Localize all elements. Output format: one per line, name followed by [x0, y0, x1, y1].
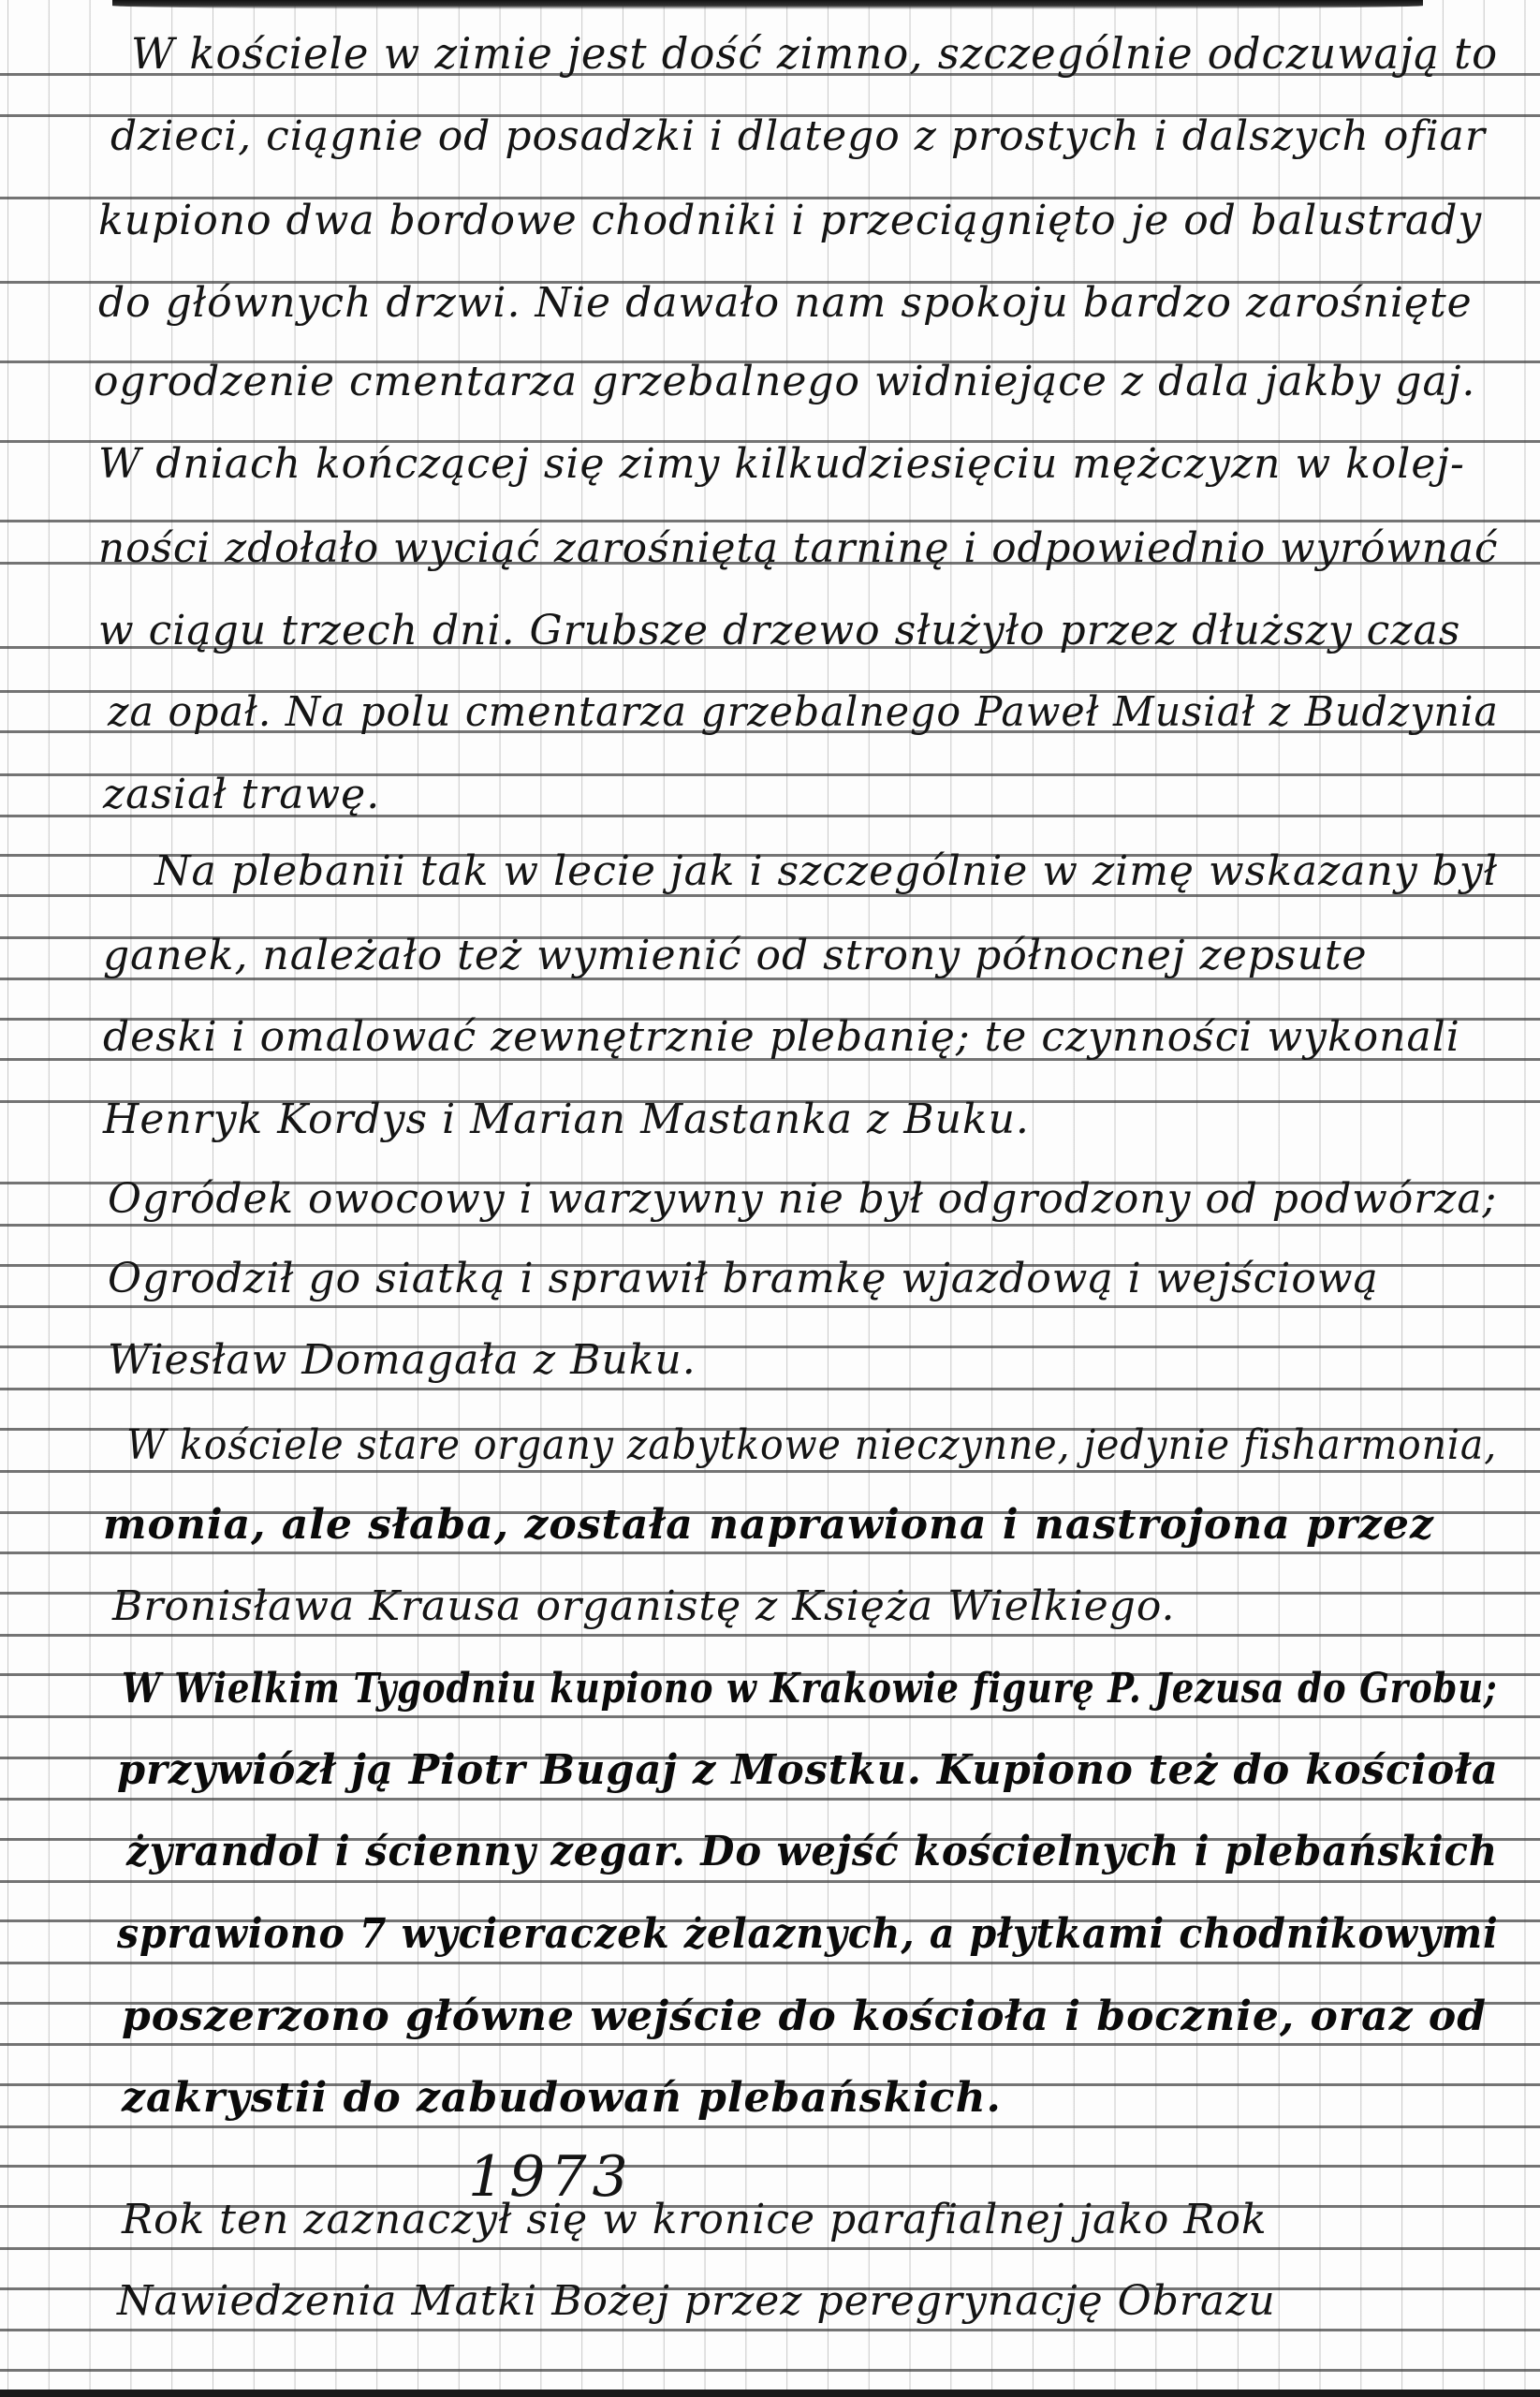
grid-rule: [0, 1551, 1540, 1554]
scan-bottom-edge: [0, 2390, 1540, 2397]
text-line: poszerzono główne wejście do kościoła i …: [122, 1993, 1487, 2040]
text-line: W kościele stare organy zabytkowe nieczy…: [126, 1421, 1497, 1469]
grid-rule: [0, 2329, 1540, 2331]
text-line: Nawiedzenia Matki Bożej przez peregrynac…: [117, 2277, 1276, 2325]
text-line: w ciągu trzech dni. Grubsze drzewo służy…: [98, 607, 1460, 654]
grid-rule: [0, 2369, 1540, 2372]
grid-rule: [0, 2125, 1540, 2128]
text-line: Ogrodził go siatką i sprawił bramkę wjaz…: [108, 1255, 1379, 1302]
text-line: Na plebanii tak w lecie jak i szczególni…: [154, 847, 1498, 895]
text-line: Rok ten zaznaczył się w kronice parafial…: [122, 2196, 1268, 2243]
text-line: W Wielkim Tygodniu kupiono w Krakowie fi…: [122, 1665, 1498, 1713]
text-line: zasiał trawę.: [103, 771, 380, 818]
text-line: Wiesław Domagała z Buku.: [108, 1336, 697, 1384]
text-line: żyrandol i ścienny zegar. Do wejść kości…: [126, 1828, 1498, 1875]
notebook-page: W kościele w zimie jest dość zimno, szcz…: [0, 0, 1540, 2397]
text-line: monia, ale słaba, została naprawiona i n…: [103, 1501, 1434, 1549]
text-line: przywiózł ją Piotr Bugaj z Mostku. Kupio…: [117, 1746, 1499, 1794]
scan-top-edge: [112, 0, 1423, 9]
text-line: kupiono dwa bordowe chodniki i przeciągn…: [98, 197, 1482, 244]
text-line: W dniach kończącej się zimy kilkudziesię…: [98, 440, 1465, 488]
text-line: Bronisława Krausa organistę z Księża Wie…: [112, 1582, 1176, 1630]
text-line: Ogródek owocowy i warzywny nie był odgro…: [108, 1175, 1497, 1223]
grid-rule: [0, 1880, 1540, 1883]
grid-rule: [0, 1305, 1540, 1308]
text-line: sprawiono 7 wycieraczek żelaznych, a pły…: [117, 1910, 1499, 1958]
grid-rule: [0, 520, 1540, 522]
grid-rule: [0, 2247, 1540, 2250]
grid-rule: [0, 1634, 1540, 1637]
text-line: Henryk Kordys i Marian Mastanka z Buku.: [103, 1096, 1030, 1143]
text-line: W kościele w zimie jest dość zimno, szcz…: [131, 28, 1498, 79]
grid-rule: [0, 2165, 1540, 2168]
grid-rule: [0, 1388, 1540, 1390]
text-line: ganek, należało też wymienić od strony p…: [103, 932, 1368, 979]
text-line: zakrystii do zabudowań plebańskich.: [122, 2074, 1002, 2122]
grid-rule: [0, 1470, 1540, 1473]
text-line: ogrodzenie cmentarza grzebalnego widniej…: [94, 358, 1475, 405]
text-line: deski i omalować zewnętrznie plebanię; t…: [103, 1013, 1460, 1061]
grid-rule: [0, 1798, 1540, 1801]
text-line: za opał. Na polu cmentarza grzebalnego P…: [108, 688, 1499, 736]
grid-rule: [0, 1224, 1540, 1227]
grid-rule: [0, 2043, 1540, 2046]
text-line: dzieci, ciągnie od posadzki i dlatego z …: [110, 112, 1486, 160]
grid-rule: [0, 1962, 1540, 1964]
text-line: ności zdołało wyciąć zarośniętą tarninę …: [98, 524, 1498, 572]
text-line: do głównych drzwi. Nie dawało nam spokoj…: [98, 279, 1473, 327]
grid-rule: [0, 1715, 1540, 1718]
